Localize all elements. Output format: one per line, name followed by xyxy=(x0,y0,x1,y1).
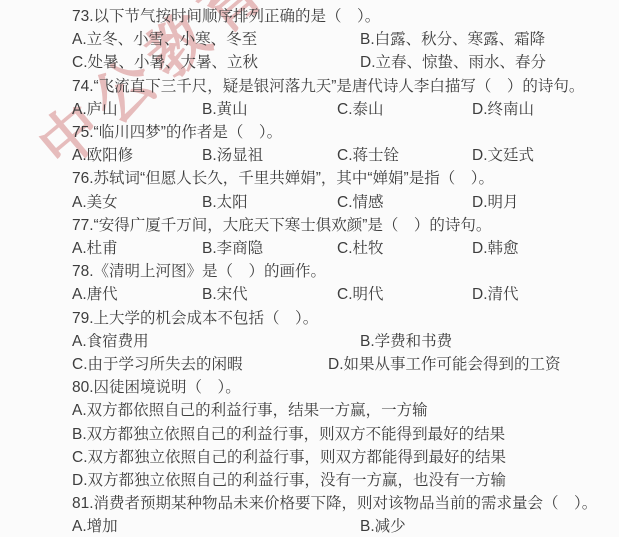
option-73-a: A.立冬、小雪、小寒、冬至 xyxy=(72,28,360,51)
question-76-options-row: A.美女 B.太阳 C.情感 D.明月 xyxy=(72,191,619,214)
question-list: 73.以下节气按时间顺序排列正确的是（ ）。 A.立冬、小雪、小寒、冬至 B.白… xyxy=(72,5,619,537)
question-73-options-row-2: C.处暑、小暑、大暑、立秋 D.立春、惊蛰、雨水、春分 xyxy=(72,51,619,74)
option-73-b: B.白露、秋分、寒露、霜降 xyxy=(360,28,619,51)
option-79-a: A.食宿费用 xyxy=(72,330,360,353)
question-75-stem: 75.“临川四梦”的作者是（ ）。 xyxy=(72,121,619,144)
option-76-d: D.明月 xyxy=(472,191,619,214)
question-78-stem: 78.《清明上河图》是（ ）的画作。 xyxy=(72,260,619,283)
option-77-c: C.杜牧 xyxy=(337,237,472,260)
exam-page: 中公教育 73.以下节气按时间顺序排列正确的是（ ）。 A.立冬、小雪、小寒、冬… xyxy=(0,0,619,537)
question-73-options-row-1: A.立冬、小雪、小寒、冬至 B.白露、秋分、寒露、霜降 xyxy=(72,28,619,51)
question-74-stem: 74.“飞流直下三千尺，疑是银河落九天”是唐代诗人李白描写（ ）的诗句。 xyxy=(72,75,619,98)
question-79-options-row-1: A.食宿费用 B.学费和书费 xyxy=(72,330,619,353)
option-74-d: D.终南山 xyxy=(472,98,619,121)
option-74-b: B.黄山 xyxy=(202,98,337,121)
question-80-stem: 80.囚徒困境说明（ ）。 xyxy=(72,376,619,399)
option-76-c: C.情感 xyxy=(337,191,472,214)
option-75-d: D.文廷式 xyxy=(472,144,619,167)
option-75-b: B.汤显祖 xyxy=(202,144,337,167)
question-74-options-row: A.庐山 B.黄山 C.泰山 D.终南山 xyxy=(72,98,619,121)
question-81-options-row: A.增加 B.减少 xyxy=(72,515,619,537)
option-76-a: A.美女 xyxy=(72,191,202,214)
option-78-b: B.宋代 xyxy=(202,283,337,306)
option-77-b: B.李商隐 xyxy=(202,237,337,260)
question-81-stem: 81.消费者预期某种物品未来价格要下降，则对该物品当前的需求量会（ ）。 xyxy=(72,492,619,515)
option-75-c: C.蒋士铨 xyxy=(337,144,472,167)
option-74-c: C.泰山 xyxy=(337,98,472,121)
question-77-options-row: A.杜甫 B.李商隐 C.杜牧 D.韩愈 xyxy=(72,237,619,260)
question-73-stem: 73.以下节气按时间顺序排列正确的是（ ）。 xyxy=(72,5,619,28)
question-79-stem: 79.上大学的机会成本不包括（ ）。 xyxy=(72,307,619,330)
question-79-options-row-2: C.由于学习所失去的闲暇 D.如果从事工作可能会得到的工资 xyxy=(72,353,619,376)
question-75-options-row: A.欧阳修 B.汤显祖 C.蒋士铨 D.文廷式 xyxy=(72,144,619,167)
option-78-c: C.明代 xyxy=(337,283,472,306)
option-74-a: A.庐山 xyxy=(72,98,202,121)
option-81-b: B.减少 xyxy=(360,515,619,537)
option-79-d: D.如果从事工作可能会得到的工资 xyxy=(328,353,619,376)
question-78-options-row: A.唐代 B.宋代 C.明代 D.清代 xyxy=(72,283,619,306)
option-80-d: D.双方都独立依照自己的利益行事，没有一方赢，也没有一方输 xyxy=(72,469,619,492)
option-80-b: B.双方都独立依照自己的利益行事，则双方不能得到最好的结果 xyxy=(72,423,619,446)
option-81-a: A.增加 xyxy=(72,515,360,537)
option-79-b: B.学费和书费 xyxy=(360,330,619,353)
option-77-a: A.杜甫 xyxy=(72,237,202,260)
option-80-a: A.双方都依照自己的利益行事，结果一方赢，一方输 xyxy=(72,399,619,422)
option-73-d: D.立春、惊蛰、雨水、春分 xyxy=(360,51,619,74)
option-77-d: D.韩愈 xyxy=(472,237,619,260)
option-73-c: C.处暑、小暑、大暑、立秋 xyxy=(72,51,360,74)
question-76-stem: 76.苏轼词“但愿人长久，千里共婵娟”，其中“婵娟”是指（ ）。 xyxy=(72,167,619,190)
option-79-c: C.由于学习所失去的闲暇 xyxy=(72,353,328,376)
option-80-c: C.双方都独立依照自己的利益行事，则双方都能得到最好的结果 xyxy=(72,446,619,469)
option-76-b: B.太阳 xyxy=(202,191,337,214)
option-78-d: D.清代 xyxy=(472,283,619,306)
question-77-stem: 77.“安得广厦千万间，大庇天下寒士俱欢颜”是（ ）的诗句。 xyxy=(72,214,619,237)
option-78-a: A.唐代 xyxy=(72,283,202,306)
option-75-a: A.欧阳修 xyxy=(72,144,202,167)
